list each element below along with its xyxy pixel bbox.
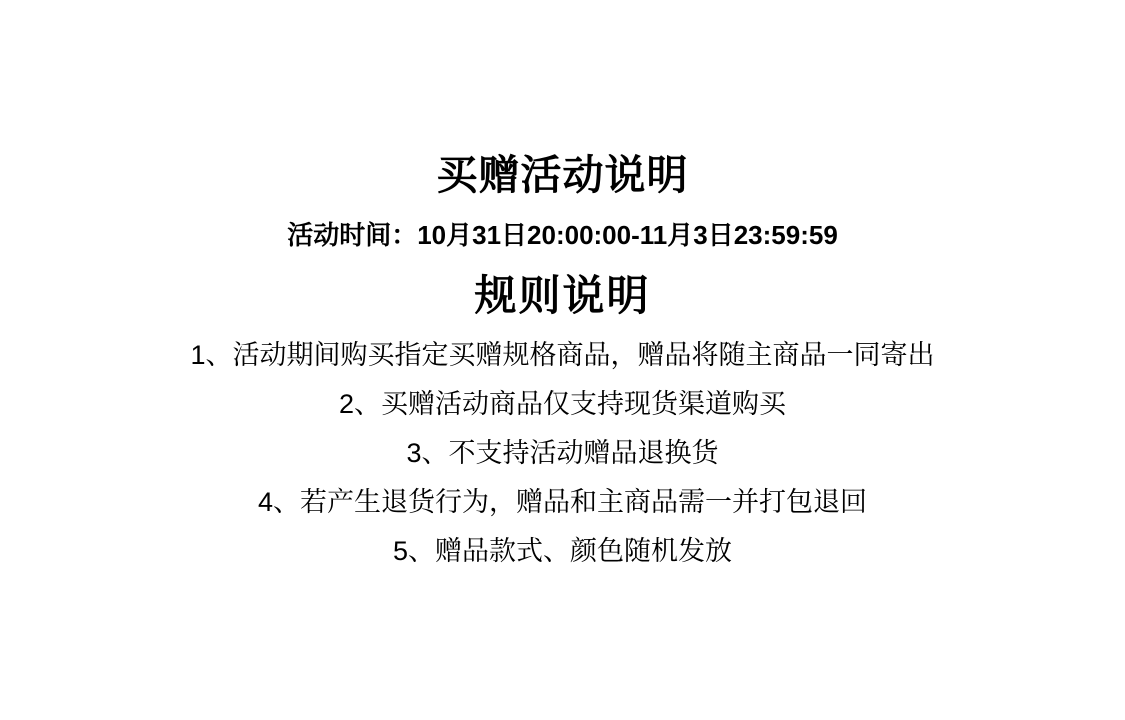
- rule-item-2: 2、买赠活动商品仅支持现货渠道购买: [0, 380, 1125, 429]
- rules-list: 1、活动期间购买指定买赠规格商品，赠品将随主商品一同寄出 2、买赠活动商品仅支持…: [0, 331, 1125, 576]
- promo-notice: 买赠活动说明 活动时间：10月31日20:00:00-11月3日23:59:59…: [0, 151, 1125, 576]
- rule-item-3: 3、不支持活动赠品退换货: [0, 429, 1125, 478]
- activity-time-text: 活动时间：10月31日20:00:00-11月3日23:59:59: [0, 218, 1125, 252]
- rule-item-5: 5、赠品款式、颜色随机发放: [0, 527, 1125, 576]
- page-title: 买赠活动说明: [0, 151, 1125, 199]
- rule-item-1: 1、活动期间购买指定买赠规格商品，赠品将随主商品一同寄出: [0, 331, 1125, 380]
- rule-item-4: 4、若产生退货行为，赠品和主商品需一并打包退回: [0, 478, 1125, 527]
- rules-heading: 规则说明: [0, 271, 1125, 321]
